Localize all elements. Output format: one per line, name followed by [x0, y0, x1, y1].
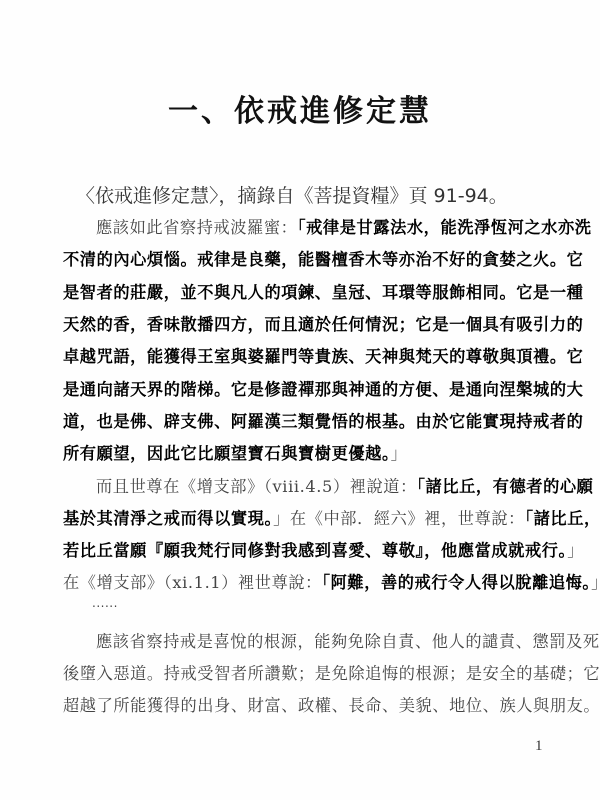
text-line: 不清的內心煩惱。戒律是良藥，能醫檀香木等亦治不好的貪婪之火。它 — [63, 249, 543, 271]
text-line: 在《增支部》（xi.1.1）裡世尊說：「阿難，善的戒行令人得以脫離追悔。」 — [63, 572, 543, 594]
quoted-text: 基於其清淨之戒而得以實現。 — [63, 509, 273, 528]
body-text: 在《增支部》（xi.1.1）裡世尊說： — [63, 573, 322, 592]
text-line: 而且世尊在《增支部》（viii.4.5）裡說道：「諸比丘，有德者的心願 — [96, 476, 576, 498]
body-text: 」 — [567, 541, 584, 560]
page-number: 1 — [535, 738, 543, 755]
text-line: 是通向諸天界的階梯。它是修證禪那與神通的方便、是通向涅槃城的大 — [63, 379, 543, 401]
text-line: 若比丘當願『願我梵行同修對我感到喜愛、尊敬』，他應當成就戒行。」 — [63, 540, 543, 562]
quoted-text: 「諸比丘，有德者的心願 — [417, 477, 594, 496]
quoted-text: 是通向諸天界的階梯。它是修證禪那與神通的方便、是通向涅槃城的大 — [63, 380, 583, 399]
text-line: 基於其清淨之戒而得以實現。」在《中部．經六》裡，世尊說：「諸比丘， — [63, 508, 543, 530]
source-citation: 〈依戒進修定慧〉，摘錄自《菩提資糧》頁 91-94。 — [76, 181, 508, 208]
text-line: 是智者的莊嚴，並不與凡人的項鍊、皇冠、耳環等服飾相同。它是一種 — [63, 282, 543, 304]
text-line: 道，也是佛、辟支佛、阿羅漢三類覺悟的根基。由於它能實現持戒者的 — [63, 411, 543, 433]
quoted-text: 不清的內心煩惱。戒律是良藥，能醫檀香木等亦治不好的貪婪之火。它 — [63, 250, 583, 269]
page-title: 一、依戒進修定慧 — [0, 86, 600, 130]
quoted-text: 是智者的莊嚴，並不與凡人的項鍊、皇冠、耳環等服飾相同。它是一種 — [63, 283, 583, 302]
document-page: 一、依戒進修定慧 〈依戒進修定慧〉，摘錄自《菩提資糧》頁 91-94。 應該如此… — [0, 0, 600, 800]
body-text: 後墮入惡道。持戒受智者所讚歎；是免除追悔的根源；是安全的基礎；它 — [63, 664, 600, 683]
quoted-text: 「諸比丘， — [525, 509, 600, 528]
quoted-text: 道，也是佛、辟支佛、阿羅漢三類覺悟的根基。由於它能實現持戒者的 — [63, 412, 583, 431]
text-line: 所有願望，因此它比願望寶石與寶樹更優越。」 — [63, 443, 543, 465]
body-text: 」 — [391, 444, 408, 463]
ellipsis: ...... — [92, 596, 118, 610]
body-text: 而且世尊在《增支部》（viii.4.5）裡說道： — [96, 477, 417, 496]
quoted-text: 天然的香，香味散播四方，而且適於任何情況；它是一個具有吸引力的 — [63, 315, 583, 334]
text-line: 天然的香，香味散播四方，而且適於任何情況；它是一個具有吸引力的 — [63, 314, 543, 336]
text-line: 卓越咒語，能獲得王室與婆羅門等貴族、天神與梵天的尊敬與頂禮。它 — [63, 346, 543, 368]
text-line: 應該如此省察持戒波羅蜜：「戒律是甘露法水，能洗淨恆河之水亦洗 — [96, 217, 576, 239]
body-text: 應該省察持戒是喜悅的根源，能夠免除自責、他人的譴責、懲罰及死 — [96, 632, 600, 651]
body-text: 」 — [591, 573, 600, 592]
text-line: 應該省察持戒是喜悅的根源，能夠免除自責、他人的譴責、懲罰及死 — [96, 631, 576, 653]
quoted-text: 若比丘當願『願我梵行同修對我感到喜愛、尊敬』，他應當成就戒行。 — [63, 541, 567, 560]
body-text: 應該如此省察持戒波羅蜜： — [96, 218, 297, 237]
body-text: 超越了所能獲得的出身、財富、政權、長命、美貌、地位、族人與朋友。 — [63, 696, 600, 715]
text-line: 超越了所能獲得的出身、財富、政權、長命、美貌、地位、族人與朋友。 — [63, 695, 543, 717]
quoted-text: 所有願望，因此它比願望寶石與寶樹更優越。 — [63, 444, 391, 463]
text-line: 後墮入惡道。持戒受智者所讚歎；是免除追悔的根源；是安全的基礎；它 — [63, 663, 543, 685]
quoted-text: 卓越咒語，能獲得王室與婆羅門等貴族、天神與梵天的尊敬與頂禮。它 — [63, 347, 583, 366]
body-text: 」在《中部．經六》裡，世尊說： — [273, 509, 525, 528]
quoted-text: 「戒律是甘露法水，能洗淨恆河之水亦洗 — [297, 218, 591, 237]
quoted-text: 「阿難，善的戒行令人得以脫離追悔。 — [322, 573, 591, 592]
